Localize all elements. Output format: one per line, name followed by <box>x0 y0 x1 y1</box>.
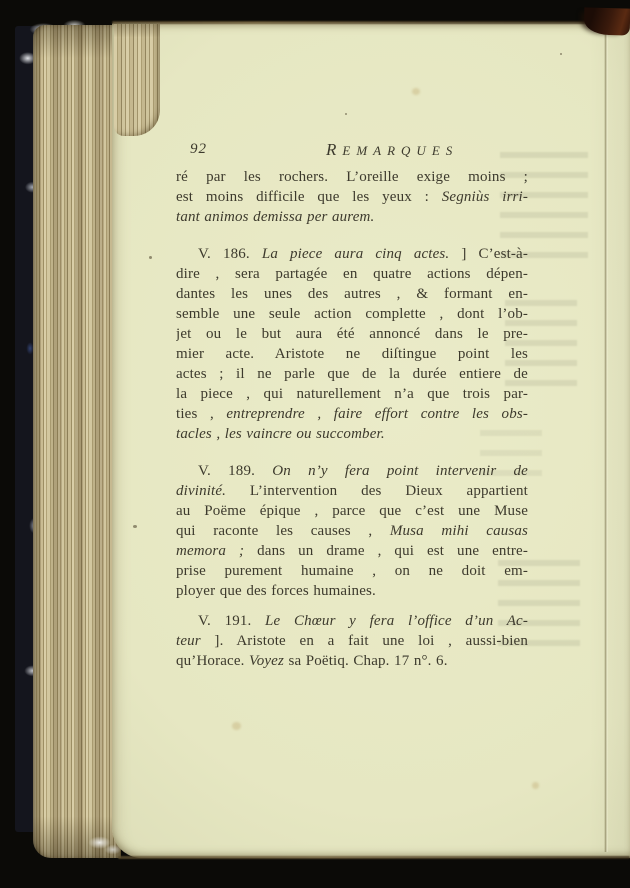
running-head: 92 REMARQUES <box>176 139 528 163</box>
text-line: dantes les unes des autres , & formant e… <box>176 284 528 304</box>
text-segment: V. 189. <box>198 463 272 479</box>
photo-backdrop: { "colors":{ "backdrop":"#0b0a07", "crea… <box>0 0 630 888</box>
text-segment: teur <box>176 633 201 649</box>
ink-speck <box>560 53 562 55</box>
text-segment: Le Chœur y fera l’office d’un Ac- <box>265 613 528 629</box>
text-line: dire , sera partagée en quatre actions d… <box>176 264 528 284</box>
gutter-fold <box>604 28 608 852</box>
text-line: teur ]. Aristote en a fait une loi , aus… <box>176 631 528 651</box>
paragraph: V. 191. Le Chœur y fera l’office d’un Ac… <box>176 611 528 671</box>
foxing-spot <box>232 722 241 730</box>
text-segment: ployer que des forces humaines. <box>176 583 376 599</box>
book-page: 92 REMARQUES ré par les rochers. L’oreil… <box>112 22 630 858</box>
text-line: est moins difficile que les yeux : Segni… <box>176 187 528 207</box>
text-segment: jet ou le but aura été annoncé dans le p… <box>176 326 528 342</box>
text-line: tacles , les vaincre ou succomber. <box>176 424 528 444</box>
text-segment: ré par les rochers. L’oreille exige moin… <box>176 169 528 185</box>
text-line: tant animos demissa per aurem. <box>176 207 528 227</box>
text-line: prise purement humaine , on ne doit em- <box>176 561 528 581</box>
text-segment: entreprendre , faire effort contre les o… <box>226 406 528 422</box>
text-segment: dantes les unes des autres , & formant e… <box>176 286 528 302</box>
text-line: semble une seule action complette , dont… <box>176 304 528 324</box>
text-segment: qu’Horace. <box>176 653 249 669</box>
text-line: V. 189. On n’y fera point intervenir de <box>176 461 528 481</box>
text-segment: Segniùs irri- <box>442 189 528 205</box>
curled-page-edges <box>114 24 160 136</box>
text-line: qu’Horace. Voyez sa Poëtiq. Chap. 17 n°.… <box>176 651 528 671</box>
running-title-rest: EMARQUES <box>342 143 458 158</box>
text-line: la piece , qui naturellement n’a que tro… <box>176 384 528 404</box>
text-line: V. 191. Le Chœur y fera l’office d’un Ac… <box>176 611 528 631</box>
text-segment: Voyez <box>249 653 284 669</box>
page-content: 92 REMARQUES ré par les rochers. L’oreil… <box>176 139 528 671</box>
running-title: REMARQUES <box>326 140 458 160</box>
ink-speck <box>345 113 347 115</box>
text-segment: qui raconte les causes , <box>176 523 390 539</box>
text-segment: V. 191. <box>198 613 265 629</box>
foxing-spot <box>532 782 539 789</box>
text-line: actes ; il ne parle que de la durée enti… <box>176 364 528 384</box>
paragraph: V. 189. On n’y fera point intervenir ded… <box>176 461 528 601</box>
text-segment: On n’y fera point intervenir de <box>272 463 528 479</box>
page-edges-stack <box>33 25 121 858</box>
text-segment: la piece , qui naturellement n’a que tro… <box>176 386 528 402</box>
text-line: mier acte. Aristote ne diſtingue point l… <box>176 344 528 364</box>
text-line: ties , entreprendre , faire effort contr… <box>176 404 528 424</box>
text-line: memora ; dans un drame , qui est une ent… <box>176 541 528 561</box>
text-segment: actes ; il ne parle que de la durée enti… <box>176 366 528 382</box>
text-segment: divinité. <box>176 483 226 499</box>
ink-speck <box>133 525 137 528</box>
text-segment: sa Poëtiq. Chap. 17 n°. 6. <box>284 653 448 669</box>
running-title-initial: R <box>326 140 342 159</box>
text-segment: ]. Aristote en a fait une loi , aussi-bi… <box>201 633 528 649</box>
text-segment: V. 186. <box>198 246 262 262</box>
text-line: ré par les rochers. L’oreille exige moin… <box>176 167 528 187</box>
text-segment: mier acte. Aristote ne diſtingue point l… <box>176 346 528 362</box>
text-segment: tant animos demissa per aurem. <box>176 209 374 225</box>
text-line: qui raconte les causes , Musa mihi causa… <box>176 521 528 541</box>
text-segment: semble une seule action complette , dont… <box>176 306 528 322</box>
text-segment: est moins difficile que les yeux : <box>176 189 442 205</box>
text-segment: La piece aura cinq actes. <box>262 246 449 262</box>
ink-speck <box>149 256 152 259</box>
text-line: divinité. L’intervention des Dieux appar… <box>176 481 528 501</box>
text-segment: L’intervention des Dieux appartient <box>226 483 528 499</box>
foxing-spot <box>412 88 420 95</box>
text-line: V. 186. La piece aura cinq actes. ] C’es… <box>176 244 528 264</box>
text-line: ployer que des forces humaines. <box>176 581 528 601</box>
paragraph: ré par les rochers. L’oreille exige moin… <box>176 167 528 227</box>
paragraph: V. 186. La piece aura cinq actes. ] C’es… <box>176 244 528 444</box>
text-line: au Poëme épique , parce que c’est une Mu… <box>176 501 528 521</box>
text-segment: dire , sera partagée en quatre actions d… <box>176 266 528 282</box>
text-segment: memora ; <box>176 543 244 559</box>
text-segment: dans un drame , qui est une entre- <box>244 543 528 559</box>
page-text: ré par les rochers. L’oreille exige moin… <box>176 167 528 671</box>
text-segment: au Poëme épique , parce que c’est une Mu… <box>176 503 528 519</box>
text-segment: ] C’est-à- <box>449 246 528 262</box>
text-line: jet ou le but aura été annoncé dans le p… <box>176 324 528 344</box>
page-number: 92 <box>190 141 207 158</box>
text-segment: Musa mihi causas <box>390 523 528 539</box>
text-segment: prise purement humaine , on ne doit em- <box>176 563 528 579</box>
text-segment: tacles , les vaincre ou succomber. <box>176 426 385 442</box>
text-segment: ties , <box>176 406 226 422</box>
